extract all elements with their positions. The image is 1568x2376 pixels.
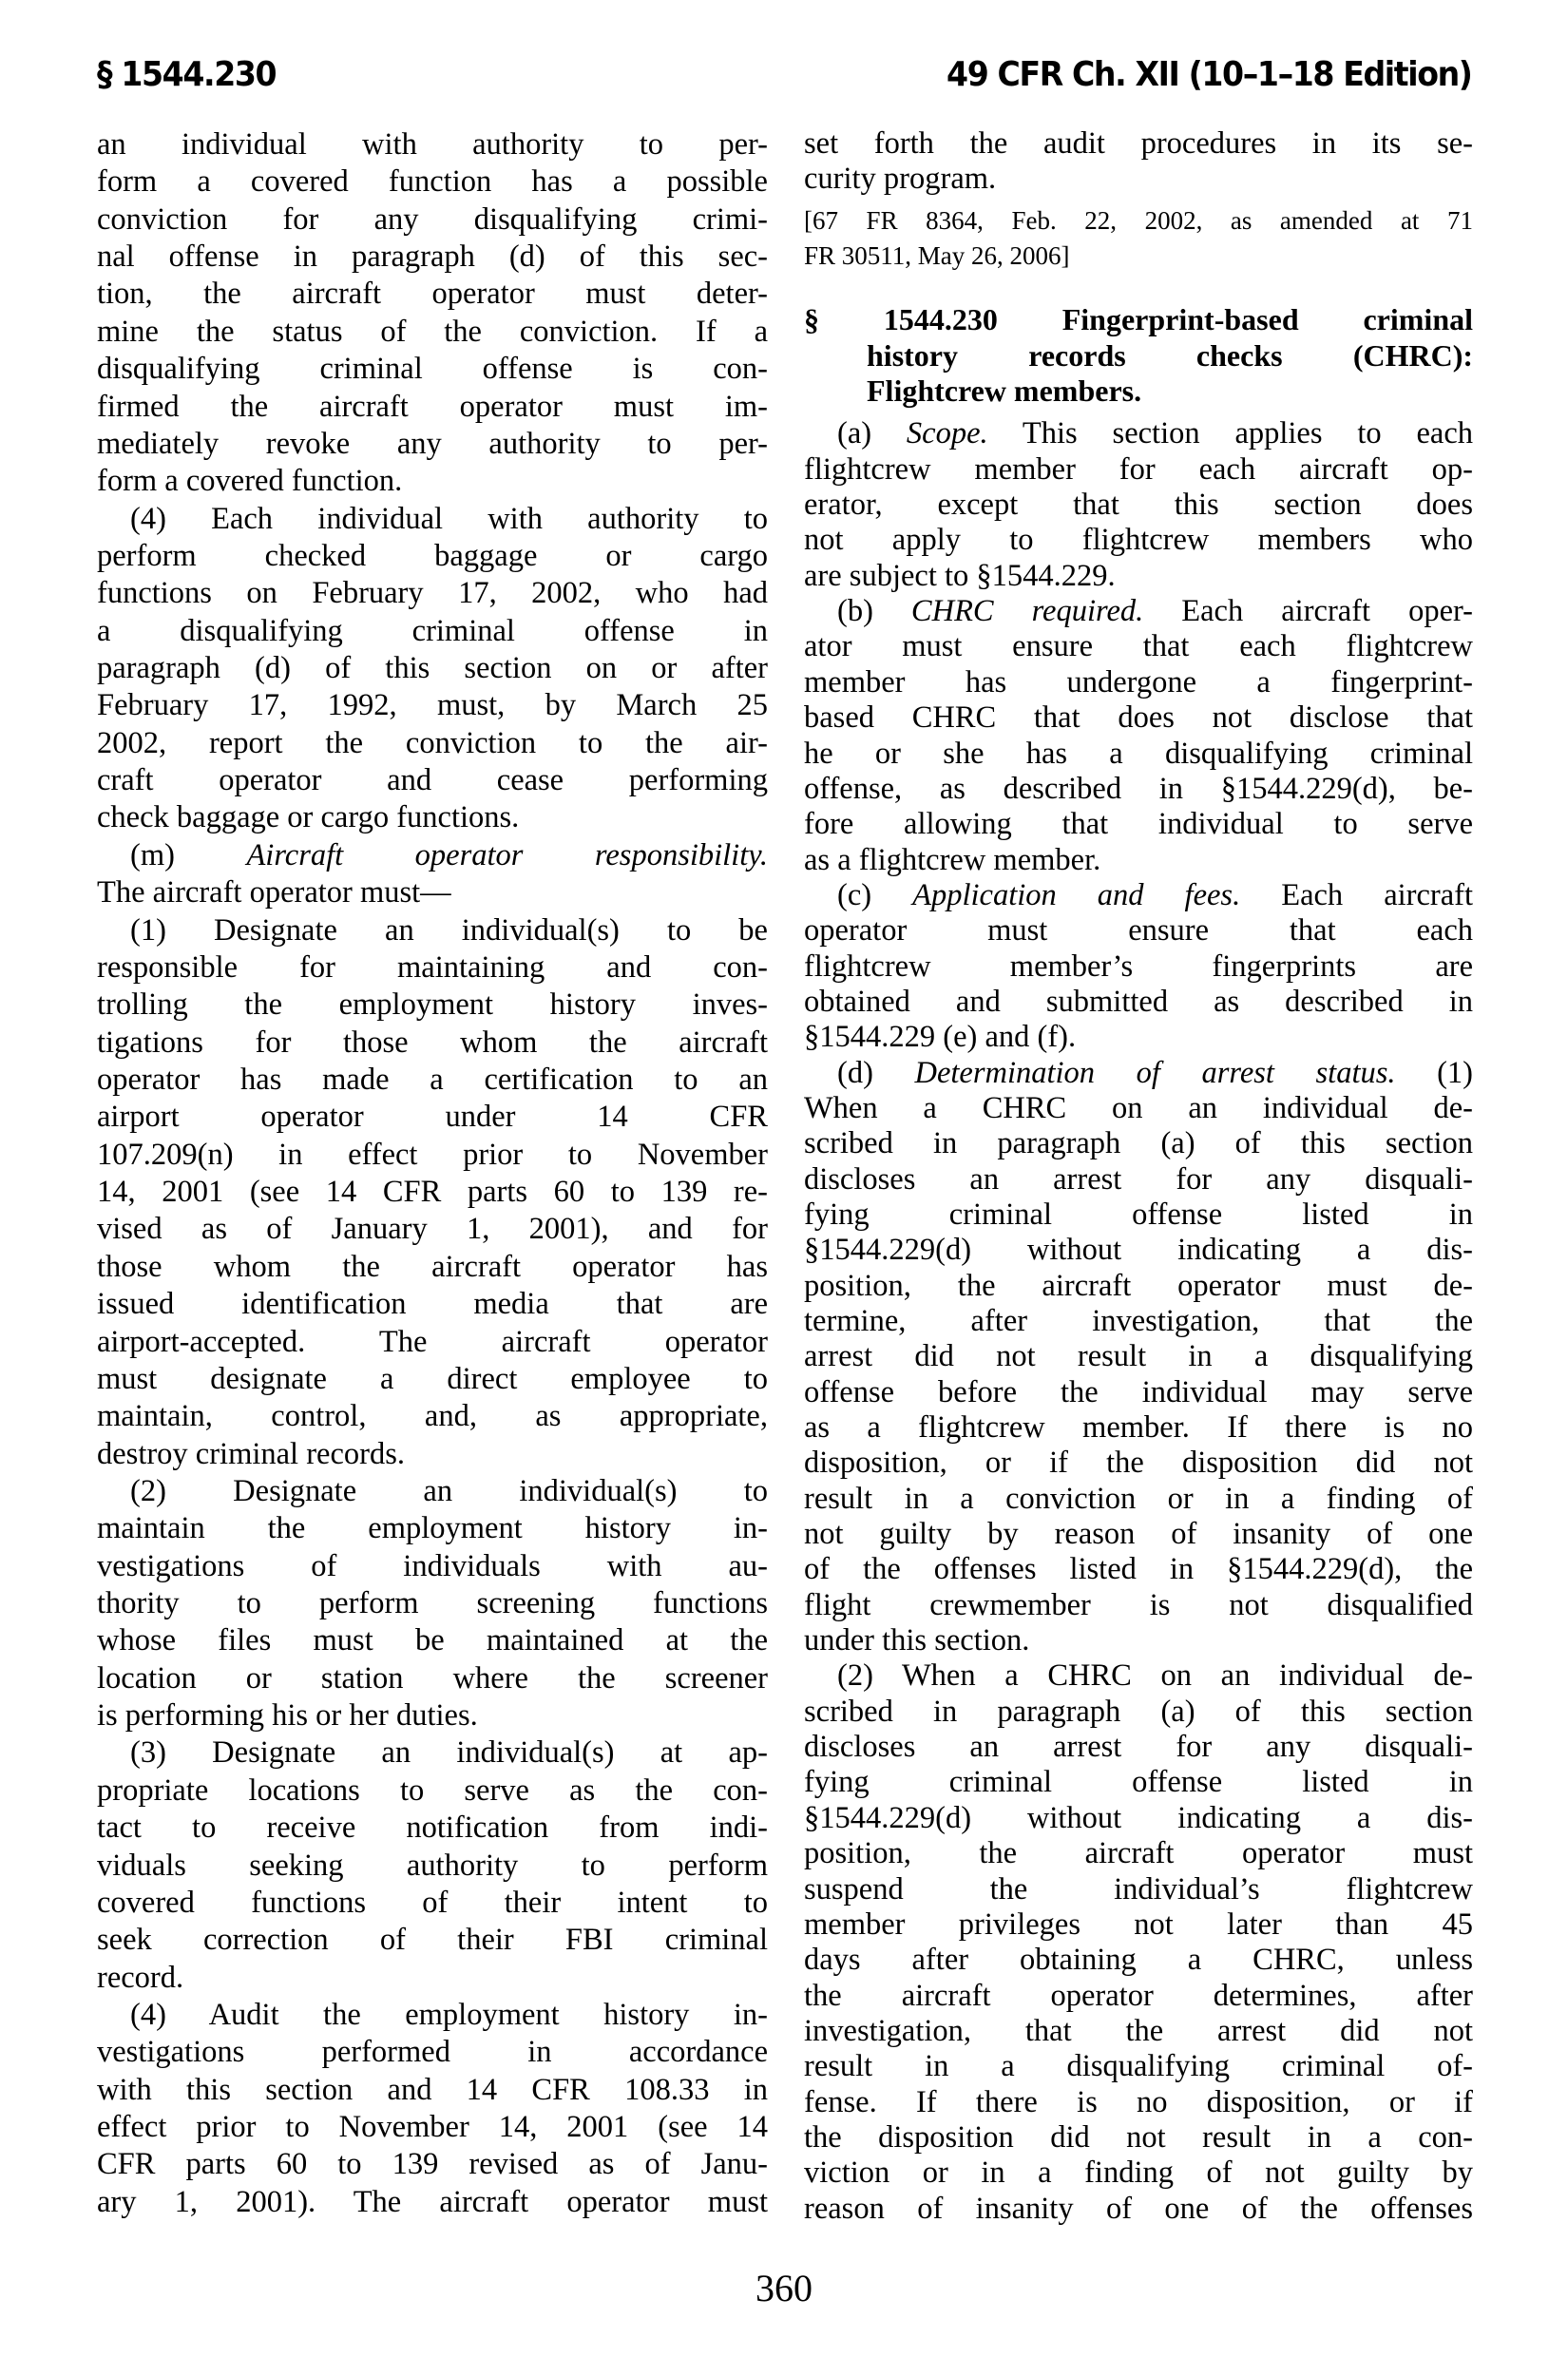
- text-line: conviction for any disqualifying crimi-: [97, 201, 768, 239]
- text-line: member has undergone a fingerprint-: [804, 665, 1473, 700]
- text-line: days after obtaining a CHRC, unless: [804, 1943, 1473, 1978]
- text-line: (3) Designate an individual(s) at ap-: [97, 1734, 768, 1772]
- text-line: trolling the employment history inves-: [97, 987, 768, 1024]
- text-line: responsible for maintaining and con-: [97, 949, 768, 987]
- text-line: member privileges not later than 45: [804, 1907, 1473, 1943]
- paragraph-a-italic: Scope.: [907, 416, 988, 450]
- paragraph-c-italic: Application and fees.: [912, 878, 1240, 912]
- text-line: firmed the aircraft operator must im-: [97, 389, 768, 426]
- section-heading: § 1544.230 Fingerprint-based criminal hi…: [804, 302, 1473, 409]
- text-line: check baggage or cargo functions.: [97, 799, 768, 836]
- text-line: fense. If there is no disposition, or if: [804, 2085, 1473, 2120]
- text-line: mediately revoke any authority to per-: [97, 426, 768, 463]
- text-line: FR 30511, May 26, 2006]: [804, 239, 1473, 274]
- text-line: When a CHRC on an individual de-: [804, 1091, 1473, 1126]
- page-number: 360: [0, 2268, 1568, 2309]
- text-line: tact to receive notification from indi-: [97, 1810, 768, 1847]
- text-line: vestigations performed in accordance: [97, 2034, 768, 2071]
- paragraph-m-1: (1) Designate an individual(s) to beresp…: [97, 912, 768, 1473]
- text-line: fore allowing that individual to serve: [804, 807, 1473, 842]
- text-line: maintain the employment history in-: [97, 1510, 768, 1547]
- text-line: effect prior to November 14, 2001 (see 1…: [97, 2109, 768, 2146]
- text-line: tion, the aircraft operator must deter-: [97, 276, 768, 313]
- text-line: tigations for those whom the aircraft: [97, 1025, 768, 1062]
- text-line: (2) When a CHRC on an individual de-: [804, 1658, 1473, 1694]
- text-line: with this section and 14 CFR 108.33 in: [97, 2072, 768, 2109]
- text-line: destroy criminal records.: [97, 1436, 768, 1473]
- text-line: disqualifying criminal offense is con-: [97, 351, 768, 388]
- text-line: [67 FR 8364, Feb. 22, 2002, as amended a…: [804, 203, 1473, 239]
- text-line: scribed in paragraph (a) of this section: [804, 1695, 1473, 1730]
- text-line: ator must ensure that each flightcrew: [804, 629, 1473, 664]
- text-line: viction or in a finding of not guilty by: [804, 2156, 1473, 2191]
- paragraph-c-application-fees: (c) Application and fees. Each aircraft …: [804, 878, 1473, 1056]
- text-line: vestigations of individuals with au-: [97, 1548, 768, 1585]
- text-line: operator must ensure that each: [804, 913, 1473, 948]
- paragraph-m: (m) Aircraft operator responsibility. Th…: [97, 837, 768, 912]
- text-line: investigation, that the arrest did not: [804, 2014, 1473, 2049]
- text-line: discloses an arrest for any disquali-: [804, 1730, 1473, 1765]
- text-line: the disposition did not result in a con-: [804, 2120, 1473, 2156]
- paragraph-b-chrc-required: (b) CHRC required. Each aircraft oper- a…: [804, 594, 1473, 878]
- text-line: a disqualifying criminal offense in: [97, 613, 768, 650]
- text-line: reason of insanity of one of the offense…: [804, 2192, 1473, 2227]
- paragraph-m-3: (3) Designate an individual(s) at ap-pro…: [97, 1734, 768, 1997]
- text-line: erator, except that this section does: [804, 488, 1473, 523]
- text-line: position, the aircraft operator must: [804, 1836, 1473, 1871]
- paragraph-continuation: an individual with authority to per-form…: [97, 126, 768, 501]
- text-line: offense before the individual may serve: [804, 1375, 1473, 1410]
- paragraph-m-italic: Aircraft operator responsibility.: [246, 838, 768, 872]
- text-line: propriate locations to serve as the con-: [97, 1772, 768, 1810]
- running-head-title: 49 CFR Ch. XII (10–1–18 Edition): [947, 55, 1472, 93]
- text-line: set forth the audit procedures in its se…: [804, 126, 1473, 162]
- text-line: ary 1, 2001). The aircraft operator must: [97, 2184, 768, 2221]
- section-number: § 1544.230: [804, 302, 998, 336]
- text-line: craft operator and cease performing: [97, 762, 768, 799]
- text-line: paragraph (d) of this section on or afte…: [97, 650, 768, 687]
- text-line: obtained and submitted as described in: [804, 985, 1473, 1020]
- text-line: whose files must be maintained at the: [97, 1622, 768, 1659]
- text-line: result in a conviction or in a finding o…: [804, 1482, 1473, 1517]
- paragraph-a-scope: (a) Scope. This section applies to each …: [804, 416, 1473, 594]
- text-line: (2) Designate an individual(s) to: [97, 1473, 768, 1510]
- text-line: 107.209(n) in effect prior to November: [97, 1137, 768, 1174]
- text-line: result in a disqualifying criminal of-: [804, 2049, 1473, 2084]
- source-citation: [67 FR 8364, Feb. 22, 2002, as amended a…: [804, 203, 1473, 275]
- text-line: 14, 2001 (see 14 CFR parts 60 to 139 re-: [97, 1174, 768, 1211]
- text-line: arrest did not result in a disqualifying: [804, 1339, 1473, 1374]
- text-line: under this section.: [804, 1623, 1473, 1658]
- paragraph-b-italic: CHRC required.: [911, 594, 1143, 628]
- text-line: termine, after investigation, that the: [804, 1304, 1473, 1339]
- text-line: the aircraft operator determines, after: [804, 1979, 1473, 2014]
- text-line: operator has made a certification to an: [97, 1062, 768, 1099]
- text-line: discloses an arrest for any disquali-: [804, 1162, 1473, 1198]
- text-line: offense, as described in §1544.229(d), b…: [804, 772, 1473, 807]
- text-line: those whom the aircraft operator has: [97, 1249, 768, 1286]
- text-line: as a flightcrew member. If there is no: [804, 1410, 1473, 1446]
- section-heading-line-2: history records checks (CHRC):: [804, 338, 1473, 374]
- paragraph-m-text: The aircraft operator must—: [97, 874, 768, 911]
- text-line: airport-accepted. The aircraft operator: [97, 1324, 768, 1361]
- text-line: form a covered function has a possible: [97, 163, 768, 201]
- right-column: set forth the audit procedures in its se…: [804, 126, 1473, 2227]
- text-line: position, the aircraft operator must de-: [804, 1269, 1473, 1304]
- text-line: as a flightcrew member.: [804, 843, 1473, 878]
- text-line: scribed in paragraph (a) of this section: [804, 1126, 1473, 1161]
- text-line: not apply to flightcrew members who: [804, 523, 1473, 558]
- text-line: viduals seeking authority to perform: [97, 1848, 768, 1885]
- text-line: §1544.229 (e) and (f).: [804, 1020, 1473, 1055]
- text-line: February 17, 1992, must, by March 25: [97, 687, 768, 724]
- text-line: CFR parts 60 to 139 revised as of Janu-: [97, 2146, 768, 2183]
- text-line: disposition, or if the disposition did n…: [804, 1446, 1473, 1481]
- text-line: (4) Each individual with authority to: [97, 501, 768, 538]
- text-line: seek correction of their FBI criminal: [97, 1922, 768, 1959]
- text-line: 2002, report the conviction to the air-: [97, 725, 768, 762]
- text-line: (1) Designate an individual(s) to be: [97, 912, 768, 949]
- left-column: an individual with authority to per-form…: [97, 126, 768, 2221]
- text-line: form a covered function.: [97, 463, 768, 500]
- text-line: he or she has a disqualifying criminal: [804, 737, 1473, 772]
- paragraph-m-2: (2) Designate an individual(s) tomaintai…: [97, 1473, 768, 1735]
- paragraph-m-4: (4) Audit the employment history in-vest…: [97, 1997, 768, 2221]
- text-line: not guilty by reason of insanity of one: [804, 1517, 1473, 1552]
- text-line: flightcrew member for each aircraft op-: [804, 452, 1473, 488]
- text-line: must designate a direct employee to: [97, 1361, 768, 1398]
- text-line: location or station where the screener: [97, 1660, 768, 1697]
- text-line: §1544.229(d) without indicating a dis-: [804, 1233, 1473, 1268]
- text-line: thority to perform screening functions: [97, 1585, 768, 1622]
- paragraph-m-heading: (m) Aircraft operator responsibility.: [97, 837, 768, 874]
- text-line: perform checked baggage or cargo: [97, 538, 768, 575]
- text-line: (4) Audit the employment history in-: [97, 1997, 768, 2034]
- section-heading-line-1: § 1544.230 Fingerprint-based criminal: [804, 302, 1473, 337]
- text-line: is performing his or her duties.: [97, 1697, 768, 1734]
- text-line: issued identification media that are: [97, 1286, 768, 1323]
- text-line: an individual with authority to per-: [97, 126, 768, 163]
- text-line: curity program.: [804, 162, 1473, 197]
- text-line: vised as of January 1, 2001), and for: [97, 1211, 768, 1248]
- text-line: §1544.229(d) without indicating a dis-: [804, 1801, 1473, 1836]
- text-line: suspend the individual’s flightcrew: [804, 1872, 1473, 1907]
- text-line: are subject to §1544.229.: [804, 559, 1473, 594]
- text-line: fying criminal offense listed in: [804, 1765, 1473, 1800]
- paragraph-continuation-right: set forth the audit procedures in its se…: [804, 126, 1473, 198]
- text-line: functions on February 17, 2002, who had: [97, 575, 768, 612]
- text-line: of the offenses listed in §1544.229(d), …: [804, 1552, 1473, 1587]
- text-line: covered functions of their intent to: [97, 1885, 768, 1922]
- text-line: flight crewmember is not disqualified: [804, 1588, 1473, 1623]
- text-line: airport operator under 14 CFR: [97, 1099, 768, 1136]
- paragraph-d-italic: Determination of arrest status.: [915, 1056, 1396, 1090]
- text-line: record.: [97, 1960, 768, 1997]
- paragraph-d-arrest-status: (d) Determination of arrest status. (1) …: [804, 1056, 1473, 1659]
- text-line: based CHRC that does not disclose that: [804, 700, 1473, 736]
- text-line: maintain, control, and, as appropriate,: [97, 1398, 768, 1435]
- section-heading-line-3: Flightcrew members.: [804, 374, 1473, 409]
- text-line: mine the status of the conviction. If a: [97, 314, 768, 351]
- text-line: nal offense in paragraph (d) of this sec…: [97, 239, 768, 276]
- running-head-section: § 1544.230: [97, 55, 276, 94]
- paragraph-l-4: (4) Each individual with authority toper…: [97, 501, 768, 837]
- paragraph-d-2: (2) When a CHRC on an individual de-scri…: [804, 1658, 1473, 2227]
- text-line: flightcrew member’s fingerprints are: [804, 949, 1473, 985]
- text-line: fying criminal offense listed in: [804, 1198, 1473, 1233]
